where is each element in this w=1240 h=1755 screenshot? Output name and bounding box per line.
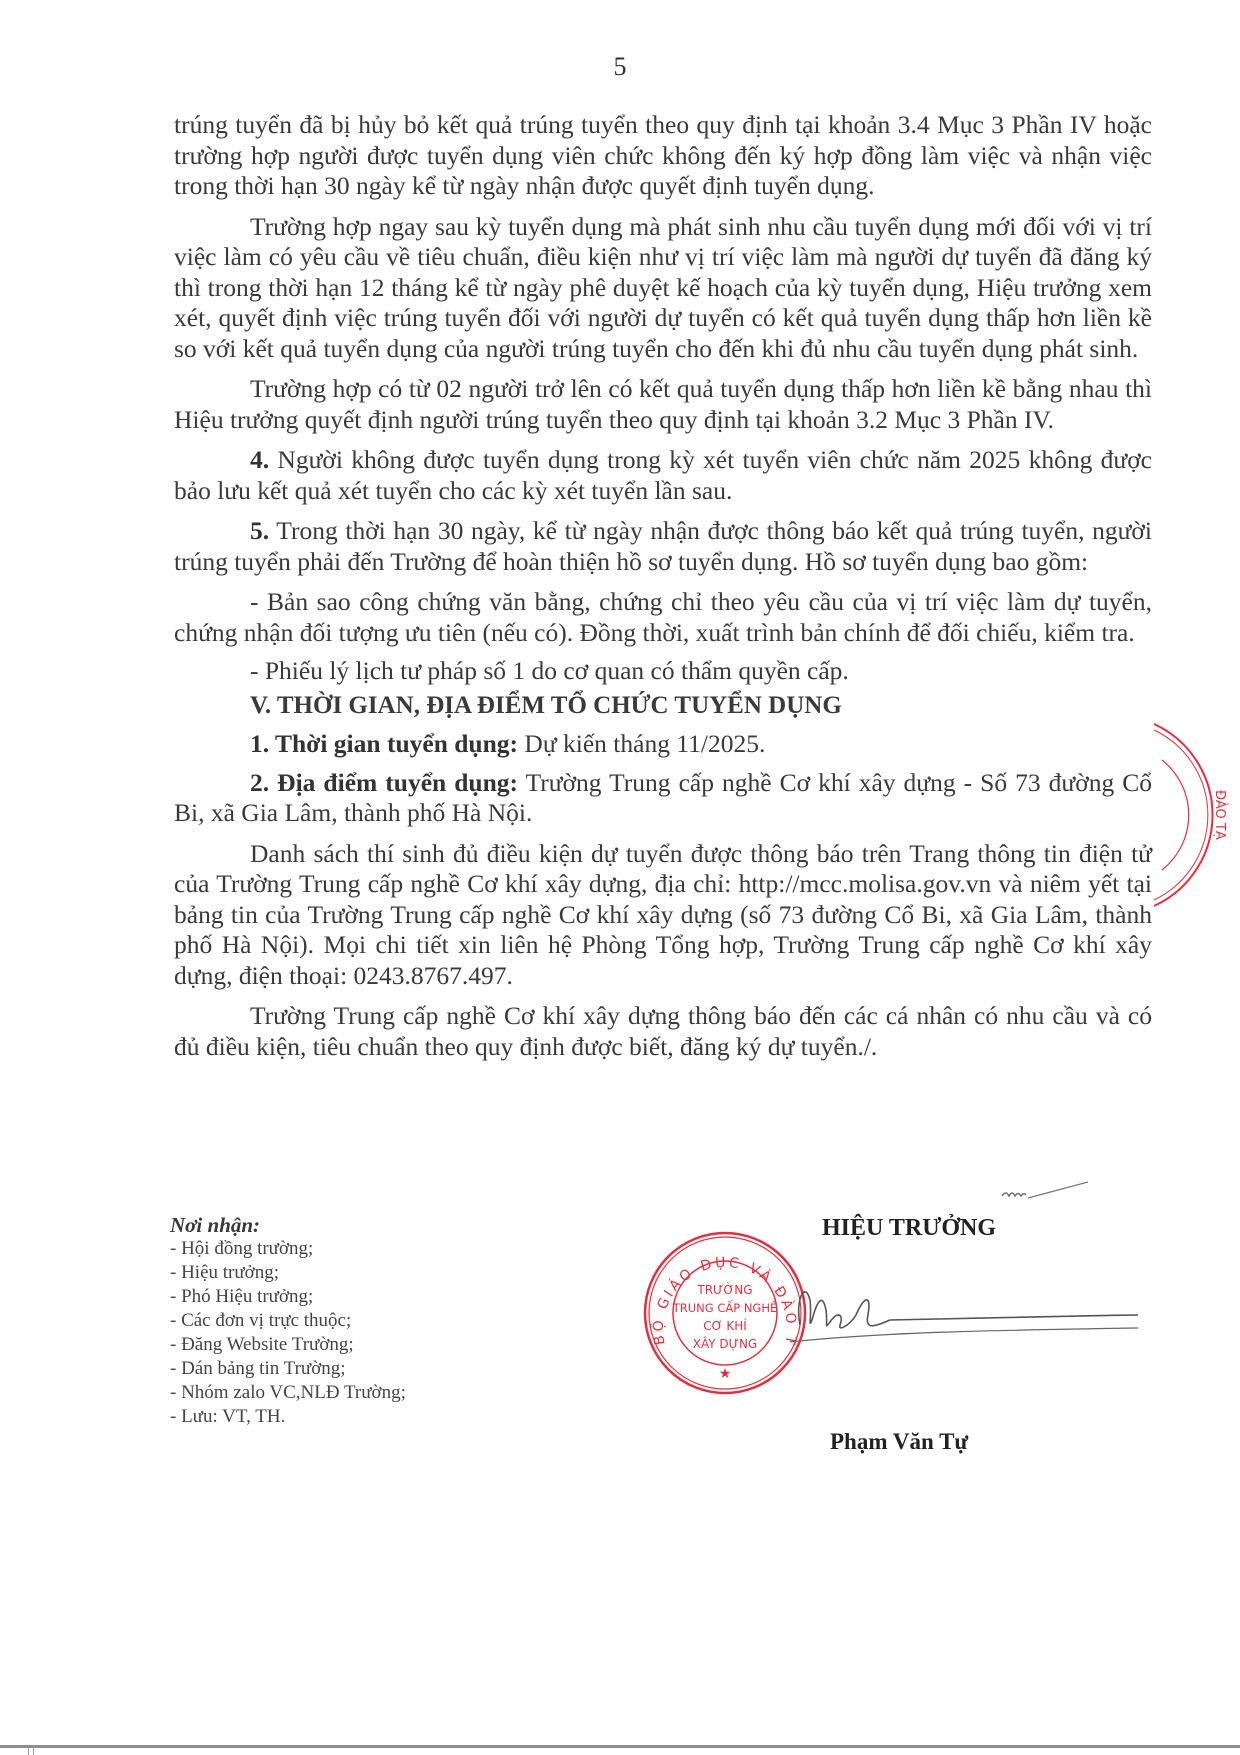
page-bottom-rule <box>0 1745 1240 1748</box>
item-1-value: Dự kiến tháng 11/2025. <box>518 729 765 758</box>
recipient-item: - Lưu: VT, TH. <box>170 1405 406 1429</box>
svg-text:ĐÀO TẠ: ĐÀO TẠ <box>1212 790 1228 840</box>
recipient-item: - Nhóm zalo VC,NLĐ Trường; <box>170 1381 406 1405</box>
paragraph-tie-case: Trường hợp có từ 02 người trở lên có kết… <box>174 374 1152 435</box>
item-2-label: 2. Địa điểm tuyển dụng: <box>250 768 518 797</box>
stamp-edge-icon: ĐÀO TẠ <box>1150 720 1240 910</box>
paragraph-continuation: trúng tuyển đã bị hủy bỏ kết quả trúng t… <box>174 110 1152 202</box>
recipient-item: - Đăng Website Trường; <box>170 1333 406 1357</box>
paragraph-new-demand: Trường hợp ngay sau kỳ tuyển dụng mà phá… <box>174 212 1152 365</box>
signer-title: HIỆU TRƯỞNG <box>822 1215 996 1242</box>
section-v-item-1: 1. Thời gian tuyển dụng: Dự kiến tháng 1… <box>174 729 1152 760</box>
item-4-text: Người không được tuyển dụng trong kỳ xét… <box>174 445 1152 505</box>
recipients-list: Nơi nhận: - Hội đồng trường; - Hiệu trưở… <box>170 1213 406 1429</box>
recipient-item: - Các đơn vị trực thuộc; <box>170 1309 406 1333</box>
svg-text:TRƯỜNG: TRƯỜNG <box>696 1282 752 1297</box>
item-5-number: 5. <box>250 516 269 545</box>
page-edge-mark <box>28 1747 34 1755</box>
document-body: trúng tuyển đã bị hủy bỏ kết quả trúng t… <box>174 110 1152 1062</box>
signer-name: Phạm Văn Tự <box>830 1429 968 1455</box>
svg-text:XÂY DỰNG: XÂY DỰNG <box>693 1336 757 1351</box>
svg-text:CƠ KHÍ: CƠ KHÍ <box>703 1318 747 1333</box>
page-number: 5 <box>0 52 1240 82</box>
recipient-item: - Dán bảng tin Trường; <box>170 1357 406 1381</box>
paragraph-item-5: 5. Trong thời hạn 30 ngày, kể từ ngày nh… <box>174 516 1152 577</box>
recipient-item: - Phó Hiệu trưởng; <box>170 1285 406 1309</box>
bullet-judicial-record: - Phiếu lý lịch tư pháp số 1 do cơ quan … <box>174 656 1152 687</box>
initial-mark-icon <box>1000 1180 1090 1202</box>
item-1-label: 1. Thời gian tuyển dụng: <box>250 729 518 758</box>
bullet-diploma-copies: - Bản sao công chứng văn bằng, chứng chỉ… <box>174 587 1152 648</box>
section-v-item-2: 2. Địa điểm tuyển dụng: Trường Trung cấp… <box>174 768 1152 829</box>
item-4-number: 4. <box>250 445 269 474</box>
signature-icon <box>760 1270 1140 1350</box>
paragraph-closing: Trường Trung cấp nghề Cơ khí xây dựng th… <box>174 1001 1152 1062</box>
recipients-title: Nơi nhận: <box>170 1213 406 1237</box>
paragraph-item-4: 4. Người không được tuyển dụng trong kỳ … <box>174 445 1152 506</box>
recipient-item: - Hiệu trưởng; <box>170 1261 406 1285</box>
paragraph-candidate-list: Danh sách thí sinh đủ điều kiện dự tuyển… <box>174 839 1152 992</box>
section-v-heading: V. THỜI GIAN, ĐỊA ĐIỂM TỔ CHỨC TUYỂN DỤN… <box>174 691 1152 722</box>
svg-text:★: ★ <box>719 1367 732 1382</box>
recipient-item: - Hội đồng trường; <box>170 1237 406 1261</box>
item-5-text: Trong thời hạn 30 ngày, kể từ ngày nhận … <box>174 516 1152 576</box>
